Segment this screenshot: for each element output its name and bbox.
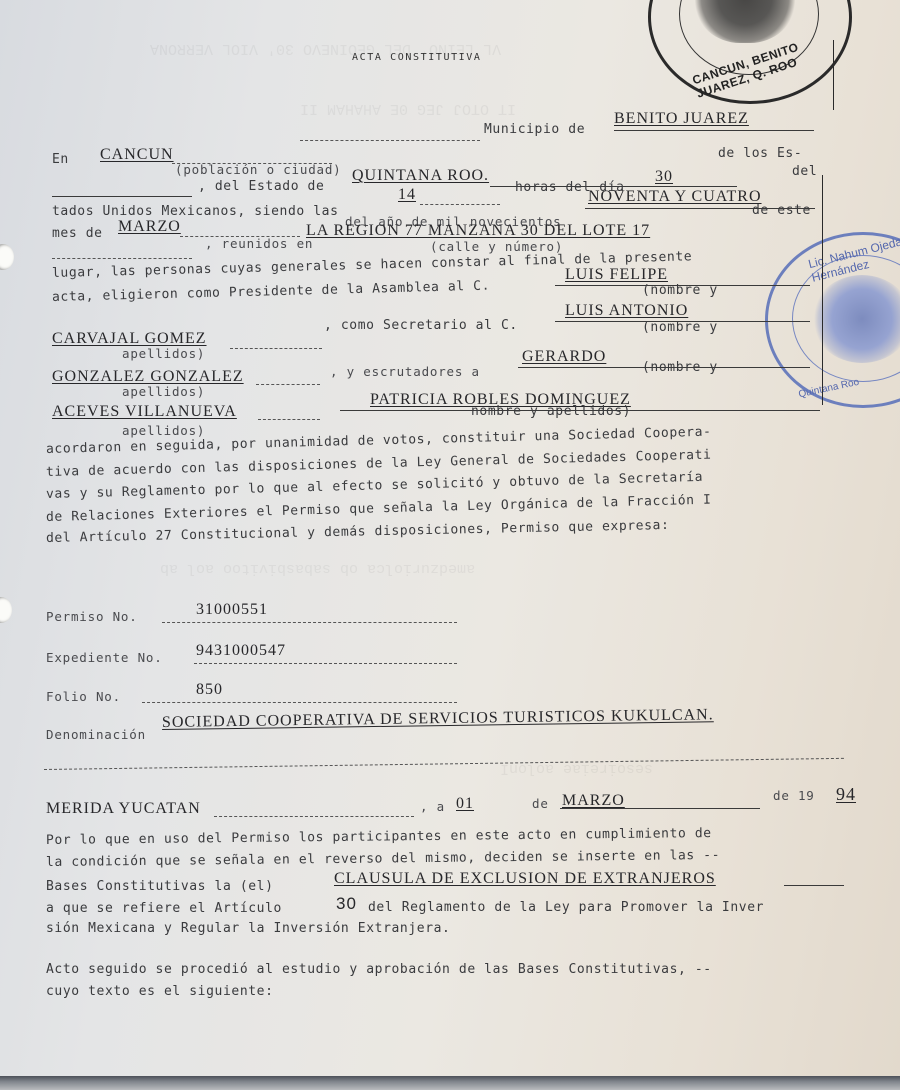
punch-hole [0,244,14,270]
document-page: VL LEINO' DEL GEOINEVO 30' VIOL VERRONA … [0,0,900,1090]
lugar-fecha-value: MERIDA YUCATAN [46,800,201,818]
nombre-hint: (nombre y [642,320,718,335]
articulo-pre: a que se refiere el Artículo [46,901,282,916]
notary-stamp-black: CANCUN, BENITO JUAREZ, Q. ROO [648,0,852,104]
calle-hint: (calle y número) [430,239,563,254]
apellidos-hint: apellidos) [122,423,205,438]
show-through-text: amedzuriolca ob sabasbivitoo aol ab [160,560,475,577]
expediente-value: 9431000547 [196,642,286,660]
ciudad-hint: (población o ciudad) [175,162,342,177]
de-este-label: de este [752,203,811,218]
bases-label: Bases Constitutivas la (el) [46,879,274,894]
paragraph-line: cuyo texto es el siguiente: [46,984,274,999]
show-through-text: IT OTOJ JEG 0E AHAHAM II [300,100,516,117]
permiso-value: 31000551 [196,601,268,619]
signature-stroke [822,175,823,405]
apellidos-hint: apellidos) [122,384,205,399]
articulo-value: 30 [336,894,357,914]
notary-stamp-blue: Lic. Nahum Ojeda Hernández Quintana Roo [765,232,900,408]
anio-value: NOVENTA Y CUATRO [588,188,762,206]
nombre-hint: (nombre y [642,283,718,298]
lugar-value: LA REGION 77 MANZANA 30 DEL LOTE 17 [306,222,650,240]
hora-value: 14 [398,186,416,204]
denominacion-value: SOCIEDAD COOPERATIVA DE SERVICIOS TURIST… [162,706,714,732]
clausula-value: CLAUSULA DE EXCLUSION DE EXTRANJEROS [334,870,716,888]
de-los-es: de los Es- [718,146,802,161]
mes-label: mes de [52,226,103,241]
document-title: ACTA CONSTITUTIVA [352,52,482,63]
como-secretario-label: , como Secretario al C. [324,318,518,333]
en-label: En [52,152,69,167]
nombre-hint: (nombre y [642,360,718,375]
ciudad-value: CANCUN [100,146,174,164]
mes-value: MARZO [118,218,181,236]
folio-label: Folio No. [46,689,121,704]
articulo-line2: sión Mexicana y Regular la Inversión Ext… [46,921,450,936]
reunidos-label: , reunidos en [205,236,313,251]
del-estado-label: , del Estado de [198,179,324,194]
dia-value: 30 [655,168,673,186]
nombre-apellidos-hint: nombre y apellidos) [471,404,631,419]
escrutador1-nombre: GERARDO [522,348,606,366]
fecha-anio: 94 [836,784,856,805]
paragraph-line: Por lo que en uso del Permiso los partic… [46,826,712,848]
presidente-nombre: LUIS FELIPE [565,266,668,284]
signature-stroke [833,40,834,110]
municipio-value: BENITO JUAREZ [614,110,749,128]
del-label: del [792,164,817,179]
apellidos-hint: apellidos) [122,346,205,361]
de-label: de [532,796,549,811]
municipio-label: Municipio de [484,122,585,137]
escrutador1-apellidos: ACEVES VILLANUEVA [52,403,237,421]
estado-value: QUINTANA ROO. [352,167,489,185]
de-19-label: de 19 [773,788,815,803]
secretario-nombre: LUIS ANTONIO [565,302,688,320]
escrutadores-label: , y escrutadores a [330,364,480,379]
permiso-label: Permiso No. [46,609,138,624]
folio-value: 850 [196,681,223,699]
estados-unidos-text: tados Unidos Mexicanos, siendo las [52,204,339,219]
a-label: , a [420,799,445,814]
page-bottom-edge [0,1076,900,1090]
paragraph-line: Acto seguido se procedió al estudio y ap… [46,962,712,977]
denominacion-label: Denominación [46,727,146,742]
fecha-dia: 01 [456,795,474,813]
expediente-label: Expediente No. [46,650,163,665]
punch-hole [0,597,12,623]
paragraph-line: la condición que se señala en el reverso… [46,848,720,870]
articulo-post: del Reglamento de la Ley para Promover l… [368,900,764,915]
text-line: acta, eligieron como Presidente de la As… [52,279,490,305]
